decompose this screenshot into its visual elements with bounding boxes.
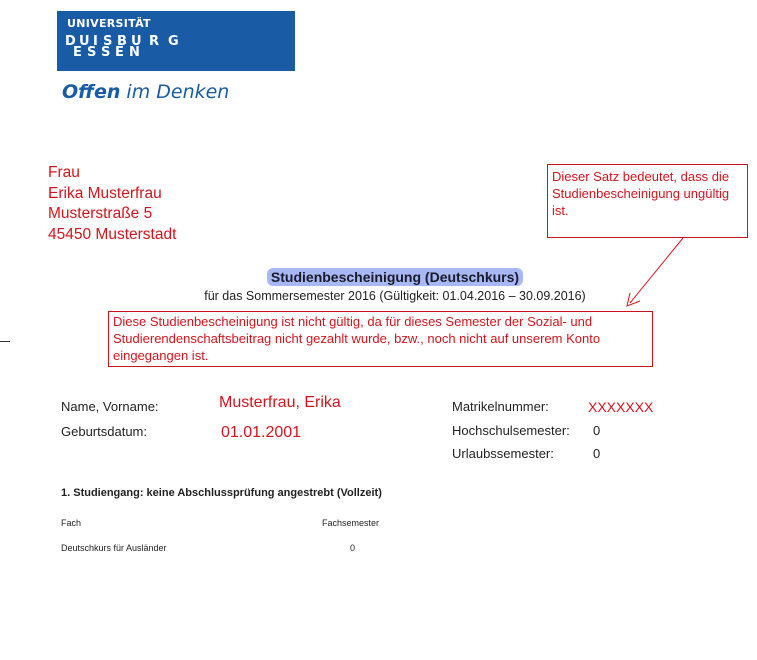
title-container: Studienbescheinigung (Deutschkurs) [0,268,757,287]
birthdate-label: Geburtsdatum: [61,424,147,439]
study-row-fachsemester: 0 [350,543,355,553]
matrikel-label: Matrikelnummer: [452,399,549,414]
hochschulsemester-value: 0 [593,423,600,438]
annotation-main-note: Diese Studienbescheinigung ist nicht gül… [108,311,653,367]
name-value: Musterfrau, Erika [219,394,341,412]
urlaubssemester-value: 0 [593,446,600,461]
name-label: Name, Vorname: [61,399,159,414]
column-header-fachsemester: Fachsemester [322,518,379,528]
birthdate-value: 01.01.2001 [221,424,301,442]
study-section-title: 1. Studiengang: keine Abschlussprüfung a… [61,487,382,499]
study-row-fach: Deutschkurs für Ausländer [61,543,167,553]
matrikel-value: XXXXXXX [588,399,653,415]
document-subtitle: für das Sommersemester 2016 (Gültigkeit:… [0,289,757,303]
document-title: Studienbescheinigung (Deutschkurs) [267,268,523,286]
hochschulsemester-label: Hochschulsemester: [452,423,570,438]
margin-mark [0,341,10,342]
urlaubssemester-label: Urlaubssemester: [452,446,554,461]
column-header-fach: Fach [61,518,81,528]
